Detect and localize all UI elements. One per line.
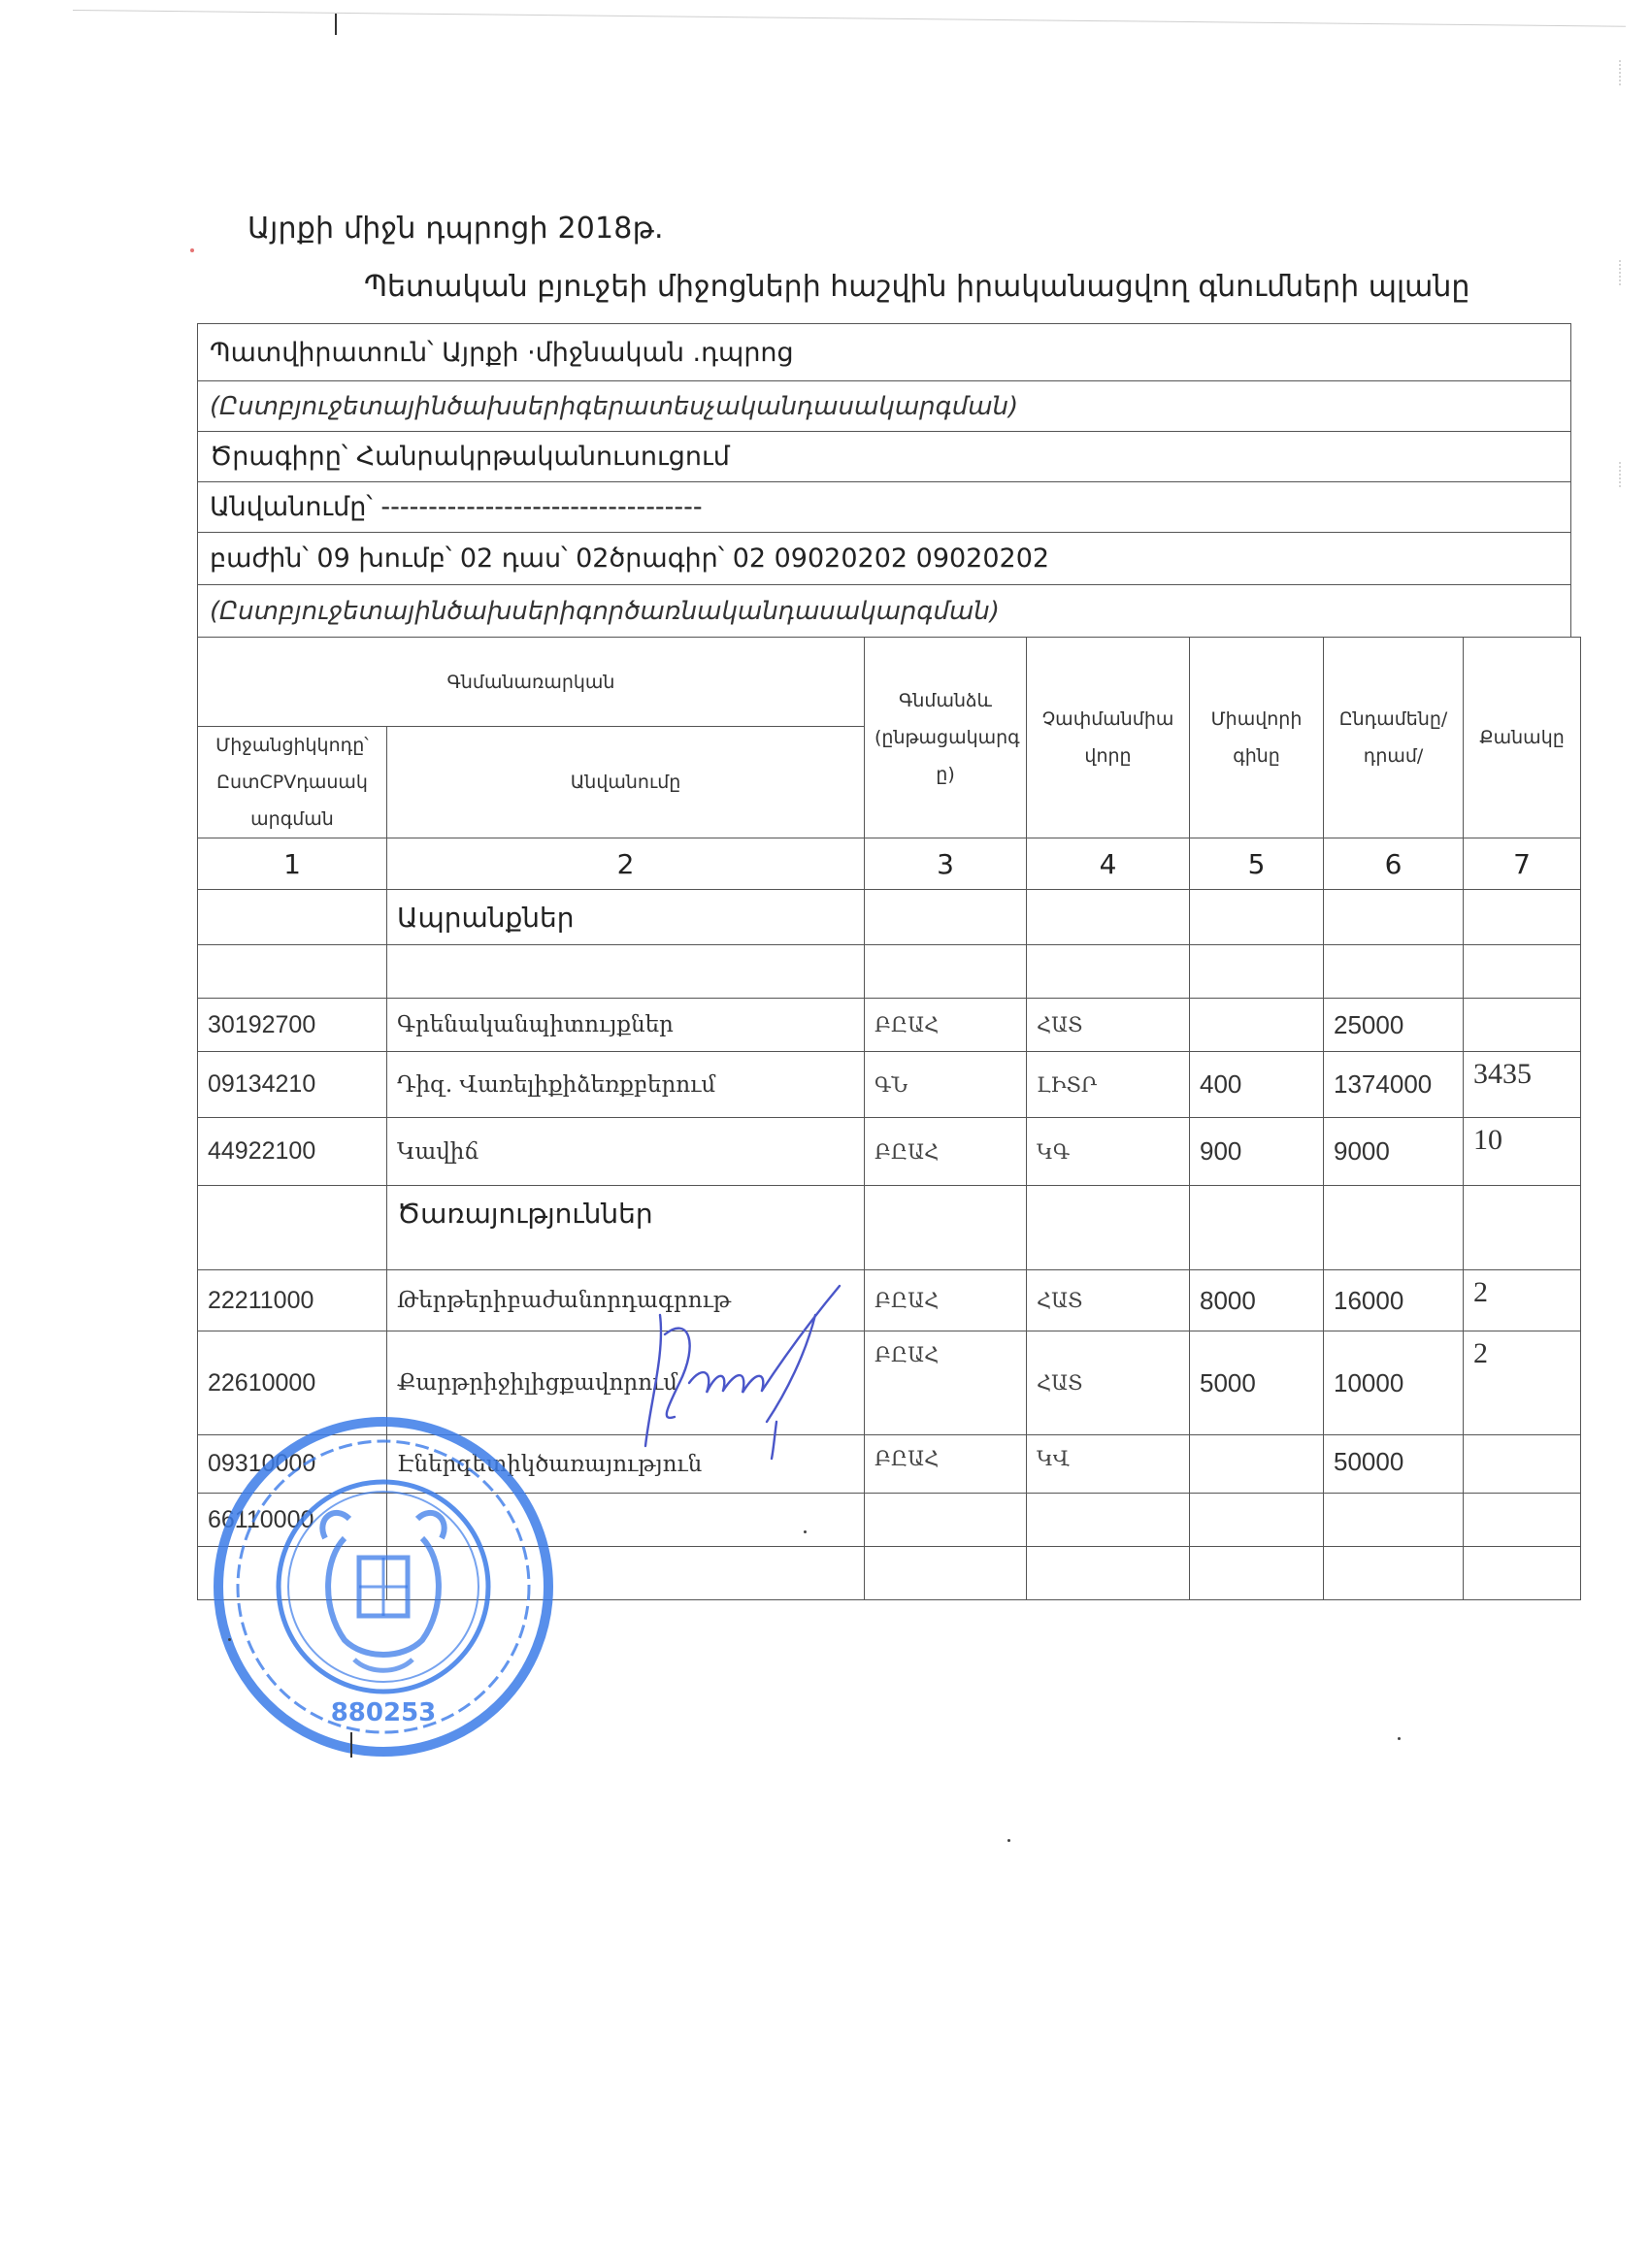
cell-unit-price: 5000	[1190, 1331, 1324, 1435]
cell-total: 50000	[1324, 1435, 1464, 1494]
empty-cell	[198, 890, 387, 945]
cell-name	[387, 945, 865, 999]
header-unit-price: Միավորի գինը	[1190, 638, 1324, 838]
margin-mark	[1619, 60, 1631, 85]
cell-unit: ԿԳ	[1027, 1118, 1190, 1186]
cell-quantity: 2	[1464, 1270, 1581, 1331]
column-number: 3	[865, 838, 1027, 890]
empty-cell	[1464, 1186, 1581, 1270]
table-row: 30192700ԳրենականպիտույքներԲԸԱՀՀԱՏ25000	[198, 999, 1581, 1052]
margin-mark	[1619, 260, 1631, 285]
cell-unit	[1027, 945, 1190, 999]
cell-method	[865, 1547, 1027, 1600]
cell-quantity: 2	[1464, 1331, 1581, 1435]
cell-unit-price	[1190, 945, 1324, 999]
cell-quantity: 3435	[1464, 1052, 1581, 1118]
section-title: Ապրանքներ	[387, 890, 865, 945]
column-number: 5	[1190, 838, 1324, 890]
speck	[804, 1530, 807, 1533]
header-total: Ընդամենը/ դրամ/	[1324, 638, 1464, 838]
column-number: 6	[1324, 838, 1464, 890]
cell-method: ԲԸԱՀ	[865, 1270, 1027, 1331]
cell-unit-price	[1190, 1435, 1324, 1494]
cell-name: Կավիճ	[387, 1118, 865, 1186]
cell-total: 1374000	[1324, 1052, 1464, 1118]
section-row: Ծառայություններ	[198, 1186, 1581, 1270]
cell-unit-price: 400	[1190, 1052, 1324, 1118]
speck	[1398, 1737, 1401, 1740]
cell-unit	[1027, 1494, 1190, 1547]
empty-cell	[1464, 890, 1581, 945]
empty-cell	[1190, 1186, 1324, 1270]
header-procurement-subject: Գնմանառարկան	[198, 638, 865, 727]
classification-note-row: (Ըստբյուջետայինծախսերիգործառնականդասակար…	[198, 585, 1570, 638]
empty-cell	[1190, 890, 1324, 945]
cell-name: Դիզ. Վառելիքիձեռքբերում	[387, 1052, 865, 1118]
cell-quantity	[1464, 1435, 1581, 1494]
procurement-plan-table: Գնմանառարկան Գնմանձև (ընթացակարգ ը) Չափմ…	[197, 637, 1581, 1600]
cell-name	[387, 1547, 865, 1600]
table-row	[198, 1547, 1581, 1600]
cell-code: 09310000	[198, 1435, 387, 1494]
cell-quantity	[1464, 1494, 1581, 1547]
cell-unit-price: 8000	[1190, 1270, 1324, 1331]
classification-row: բաժին՝ 09 խումբ՝ 02 դաս՝ 02ծրագիր՝ 02 09…	[198, 533, 1570, 585]
table-row: 09310000ԷներգետիկծառայությունԲԸԱՀԿՎ50000	[198, 1435, 1581, 1494]
empty-cell	[865, 890, 1027, 945]
cell-quantity	[1464, 999, 1581, 1052]
cell-code: 22211000	[198, 1270, 387, 1331]
margin-mark	[1619, 462, 1631, 487]
header-unit: Չափմանմիա վորը	[1027, 638, 1190, 838]
cell-method: ԲԸԱՀ	[865, 1118, 1027, 1186]
table-row: 66110000	[198, 1494, 1581, 1547]
column-number-row: 1 2 3 4 5 6 7	[198, 838, 1581, 890]
cell-total: 25000	[1324, 999, 1464, 1052]
header-row-group: Գնմանառարկան Գնմանձև (ընթացակարգ ը) Չափմ…	[198, 638, 1581, 727]
cell-quantity	[1464, 1547, 1581, 1600]
cell-quantity: 10	[1464, 1118, 1581, 1186]
speck	[1007, 1839, 1010, 1842]
cell-code: 30192700	[198, 999, 387, 1052]
empty-cell	[1027, 890, 1190, 945]
cell-total	[1324, 945, 1464, 999]
column-number: 4	[1027, 838, 1190, 890]
cell-method: ԲԸԱՀ	[865, 999, 1027, 1052]
table-row: 44922100ԿավիճԲԸԱՀԿԳ900900010	[198, 1118, 1581, 1186]
cell-unit-price	[1190, 1494, 1324, 1547]
cell-code: 22610000	[198, 1331, 387, 1435]
program-row: Ծրագիրը՝ Հանրակրթականուսուցում	[198, 432, 1570, 482]
cell-total: 16000	[1324, 1270, 1464, 1331]
cell-unit: ՀԱՏ	[1027, 999, 1190, 1052]
red-dot-mark	[190, 248, 194, 252]
svg-text:880253: 880253	[331, 1698, 437, 1727]
cell-method: ԲԸԱՀ	[865, 1435, 1027, 1494]
empty-cell	[1027, 1186, 1190, 1270]
header-cpv-code: Միջանցիկկոդը՝ ԸստCPVդասակ արգման	[198, 727, 387, 838]
document-school-title: Այրքի միջն դպրոցի 2018թ.	[247, 212, 664, 246]
cell-unit-price	[1190, 999, 1324, 1052]
empty-cell	[198, 1186, 387, 1270]
cell-code: 44922100	[198, 1118, 387, 1186]
cell-name	[387, 1494, 865, 1547]
cell-name: Թերթերիբաժանորդագրութ	[387, 1270, 865, 1331]
section-title: Ծառայություններ	[387, 1186, 865, 1270]
header-method: Գնմանձև (ընթացակարգ ը)	[865, 638, 1027, 838]
cell-total: 10000	[1324, 1331, 1464, 1435]
cell-total	[1324, 1494, 1464, 1547]
cell-name: Գրենականպիտույքներ	[387, 999, 865, 1052]
cell-unit-price: 900	[1190, 1118, 1324, 1186]
column-number: 2	[387, 838, 865, 890]
cell-code	[198, 1547, 387, 1600]
table-row	[198, 945, 1581, 999]
column-number: 1	[198, 838, 387, 890]
cell-unit: ՀԱՏ	[1027, 1270, 1190, 1331]
cell-total: 9000	[1324, 1118, 1464, 1186]
header-name: Անվանումը	[387, 727, 865, 838]
speck	[228, 1638, 231, 1641]
cell-quantity	[1464, 945, 1581, 999]
header-quantity: Քանակը	[1464, 638, 1581, 838]
cell-unit: ՀԱՏ	[1027, 1331, 1190, 1435]
table-row: 22610000ՔարթրիջիլիցքավորումԲԸԱՀՀԱՏ500010…	[198, 1331, 1581, 1435]
table-row: 22211000ԹերթերիբաժանորդագրութԲԸԱՀՀԱՏ8000…	[198, 1270, 1581, 1331]
cell-code: 66110000	[198, 1494, 387, 1547]
info-table: Պատվիրատուն՝ Այրքի ·միջնական .դպրոց (Ըստ…	[197, 323, 1571, 638]
section-row: Ապրանքներ	[198, 890, 1581, 945]
cell-method: ԳՆ	[865, 1052, 1027, 1118]
customer-row: Պատվիրատուն՝ Այրքի ·միջնական .դպրոց	[198, 324, 1570, 381]
scan-tick-mark	[335, 14, 337, 35]
document-title: Պետական բյուջեի միջոցների հաշվին իրականա…	[364, 270, 1469, 304]
cell-unit-price	[1190, 1547, 1324, 1600]
cell-name: Էներգետիկծառայություն	[387, 1435, 865, 1494]
empty-cell	[1324, 1186, 1464, 1270]
cell-total	[1324, 1547, 1464, 1600]
cell-method: ԲԸԱՀ	[865, 1331, 1027, 1435]
column-number: 7	[1464, 838, 1581, 890]
cell-code: 09134210	[198, 1052, 387, 1118]
empty-cell	[865, 1186, 1027, 1270]
cell-unit: ԿՎ	[1027, 1435, 1190, 1494]
scan-edge-line	[73, 10, 1626, 27]
table-row: 09134210Դիզ. ՎառելիքիձեռքբերումԳՆԼԻՏՐ400…	[198, 1052, 1581, 1118]
cell-code	[198, 945, 387, 999]
cell-unit: ԼԻՏՐ	[1027, 1052, 1190, 1118]
cell-method	[865, 1494, 1027, 1547]
cell-name: Քարթրիջիլիցքավորում	[387, 1331, 865, 1435]
customer-note-row: (Ըստբյուջետայինծախսերիգերատեսչականդասակա…	[198, 381, 1570, 432]
empty-cell	[1324, 890, 1464, 945]
name-row: Անվանումը՝ -----------------------------…	[198, 482, 1570, 533]
cell-unit	[1027, 1547, 1190, 1600]
scan-tick-mark	[350, 1732, 352, 1758]
cell-method	[865, 945, 1027, 999]
